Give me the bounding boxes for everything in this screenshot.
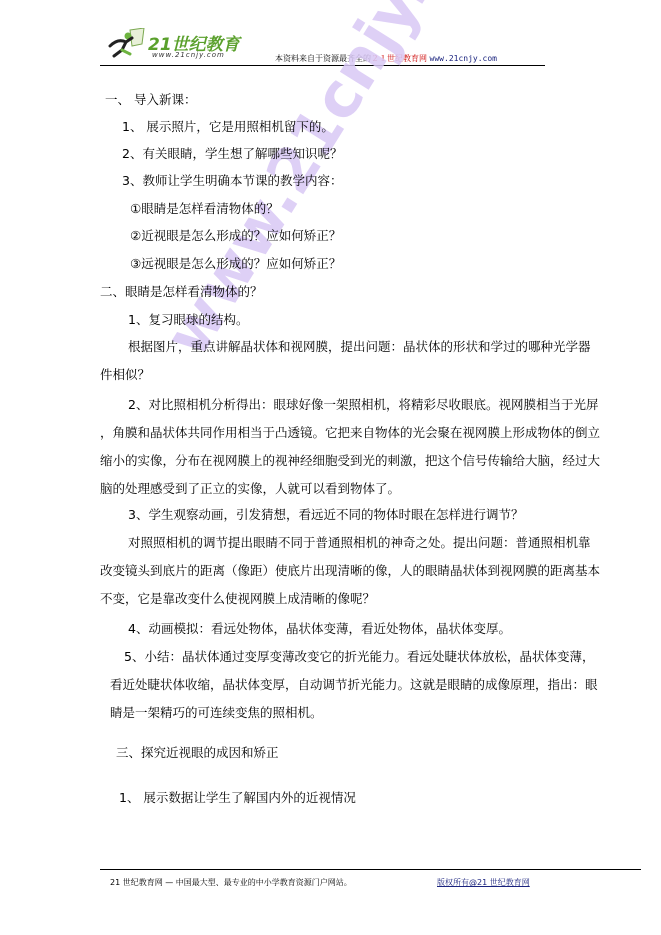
list-item: 1、 展示照片，它是用照相机留下的。 (122, 119, 334, 135)
copyright-link[interactable]: 版权所有@21 世纪教育网 (437, 877, 530, 888)
footer-text: 21 世纪教育网 — 中国最大型、最专业的中小学教育资源门户网站。 (110, 877, 352, 888)
paragraph-line: 不变，它是靠改变什么使视网膜上成清晰的像呢？ (100, 591, 375, 607)
paragraph-line: 睛是一架精巧的可连续变焦的照相机。 (110, 705, 323, 721)
header-divider (100, 65, 545, 66)
list-item: 1、复习眼球的结构。 (128, 312, 248, 328)
list-item: 1、 展示数据让学生了解国内外的近视情况 (119, 790, 356, 806)
paragraph-line: 3、学生观察动画，引发猜想，看远近不同的物体时眼在怎样进行调节？ (128, 507, 523, 523)
header-tagline: 本资料来自于资源最齐全的２１世纪教育网 www.21cnjy.com (275, 53, 497, 64)
list-item: 4、动画模拟：看远处物体，晶状体变薄，看近处物体，晶状体变厚。 (128, 621, 511, 637)
list-item: ③远视眼是怎么形成的？应如何矫正？ (130, 256, 341, 272)
list-item: 2、有关眼睛，学生想了解哪些知识呢？ (122, 146, 342, 162)
paragraph-line: 缩小的实像，分布在视网膜上的视神经细胞受到光的刺激，把这个信号传输给大脑，经过大 (100, 453, 600, 469)
site-logo: 21世纪教育 www.21cnjy.com (100, 14, 260, 62)
paragraph-line: 2、对比照相机分析得出：眼球好像一架照相机，将精彩尽收眼底。视网膜相当于光屏 (128, 397, 598, 413)
paragraph-line: 改变镜头到底片的距离（像距）使底片出现清晰的像，人的眼睛晶状体到视网膜的距离基本 (100, 563, 600, 579)
runner-logo-icon (106, 28, 146, 58)
section-heading-1: 一、 导入新课： (105, 92, 196, 108)
tagline-url[interactable]: www.21cnjy.com (430, 54, 497, 63)
list-item: 3、教师让学生明确本节课的教学内容： (122, 173, 342, 189)
list-item: ②近视眼是怎么形成的？应如何矫正？ (130, 228, 341, 244)
paragraph-line: 5、小结：晶状体通过变厚变薄改变它的折光能力。看远处睫状体放松，晶状体变薄， (124, 649, 594, 665)
logo-url: www.21cnjy.com (152, 51, 225, 59)
list-item: ①眼睛是怎样看清物体的？ (130, 201, 279, 217)
paragraph-line: 脑的处理感受到了正立的实像，人就可以看到物体了。 (100, 481, 400, 497)
tagline-brand: ２１世纪教育网 (371, 54, 427, 63)
page-header: 21世纪教育 www.21cnjy.com 本资料来自于资源最齐全的２１世纪教育… (100, 14, 545, 66)
tagline-prefix: 本资料来自于资源最齐全的 (275, 54, 371, 63)
paragraph-line: 根据图片，重点讲解晶状体和视网膜，提出问题：晶状体的形状和学过的哪种光学器 (128, 339, 591, 355)
paragraph-line: 件相似？ (100, 367, 150, 383)
section-heading-3: 三、探究近视眼的成因和矫正 (116, 745, 279, 761)
footer-divider (100, 869, 641, 870)
paragraph-line: 看近处睫状体收缩，晶状体变厚，自动调节折光能力。这就是眼睛的成像原理，指出：眼 (110, 677, 598, 693)
section-heading-2: 二、眼睛是怎样看清物体的？ (100, 284, 263, 300)
paragraph-line: 对照照相机的调节提出眼睛不同于普通照相机的神奇之处。提出问题：普通照相机靠 (128, 535, 591, 551)
paragraph-line: ，角膜和晶状体共同作用相当于凸透镜。它把来自物体的光会聚在视网膜上形成物体的倒立 (100, 425, 600, 441)
